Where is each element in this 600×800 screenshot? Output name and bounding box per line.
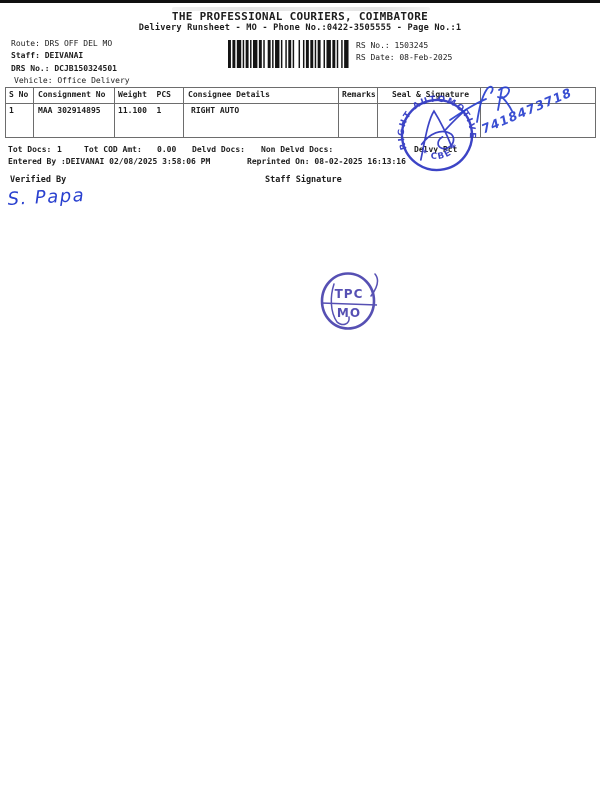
col-remarks: Remarks — [339, 88, 378, 104]
stamp-divider — [321, 303, 377, 305]
handwritten-signature: S. Papa — [7, 185, 86, 210]
col-weight-pcs: Weight PCS — [115, 88, 184, 104]
cell-consignment: MAA 302914895 — [34, 104, 115, 138]
cell-consignee: RIGHT AUTO — [184, 104, 339, 138]
verified-by-label: Verified By — [10, 176, 66, 185]
company-title: THE PROFESSIONAL COURIERS, COIMBATORE — [0, 10, 600, 23]
staff-line: Staff: DEIVANAI — [11, 52, 83, 61]
rs-no-line: RS No.: 1503245 — [356, 42, 428, 51]
non-delvd-docs-label: Non Delvd Docs: — [261, 146, 333, 155]
tot-docs-label: Tot Docs: — [8, 146, 51, 155]
col-consignment: Consignment No — [34, 88, 115, 104]
tot-docs-value: 1 — [57, 146, 62, 155]
entered-by-line: Entered By :DEIVANAI 02/08/2025 3:58:06 … — [8, 158, 210, 167]
rs-date-line: RS Date: 08-Feb-2025 — [356, 54, 452, 63]
tot-cod-value: 0.00 — [157, 146, 176, 155]
cell-weight-pcs: 11.100 1 — [115, 104, 184, 138]
office-tpc-mo-stamp: TPC MO — [319, 272, 385, 334]
drs-no-line: DRS No.: DCJB150324501 — [11, 65, 117, 74]
reprinted-on-line: Reprinted On: 08-02-2025 16:13:16 — [247, 158, 406, 167]
route-line: Route: DRS OFF DEL MO — [11, 40, 112, 49]
col-consignee: Consignee Details — [184, 88, 339, 104]
staff-signature-label: Staff Signature — [265, 176, 342, 185]
delvd-docs-label: Delvd Docs: — [192, 146, 245, 155]
barcode — [228, 40, 350, 68]
col-sno: S No — [6, 88, 34, 104]
runsheet-subtitle: Delivery Runsheet - MO - Phone No.:0422-… — [0, 23, 600, 33]
page-top-rule — [0, 0, 600, 3]
cell-remarks — [339, 104, 378, 138]
stamp-line1: TPC — [335, 287, 364, 301]
delivery-runsheet-document: THE PROFESSIONAL COURIERS, COIMBATORE De… — [0, 0, 600, 800]
cell-sno: 1 — [6, 104, 34, 138]
tot-cod-label: Tot COD Amt: — [84, 146, 142, 155]
stamp-ring — [322, 274, 374, 329]
vehicle-line: Vehicle: Office Delivery — [14, 77, 130, 86]
